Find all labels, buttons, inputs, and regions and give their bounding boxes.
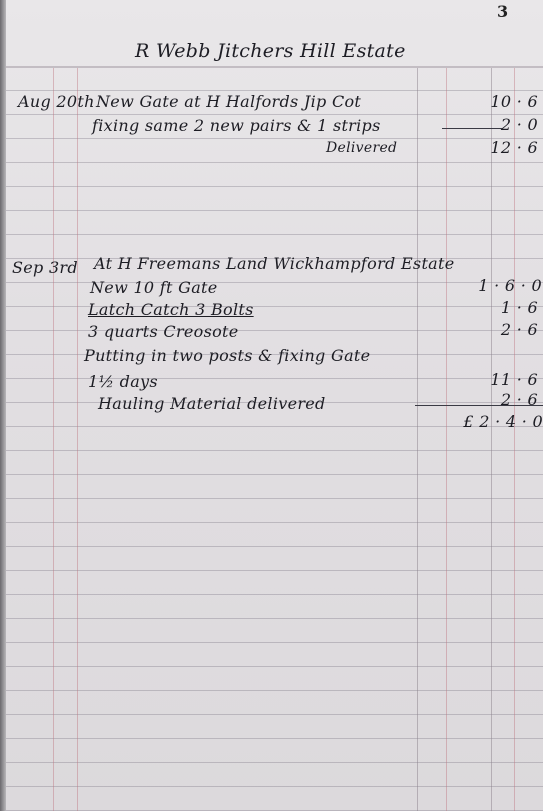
entry-amount: 11 · 6 — [428, 370, 538, 389]
ruled-line — [6, 162, 543, 163]
page-number: 3 — [497, 2, 508, 21]
entry-total: £ 2 · 4 · 0 — [428, 412, 543, 431]
column-rule — [417, 68, 418, 811]
entry-line: At H Freemans Land Wickhampford Estate — [94, 254, 455, 273]
entry-amount: 1 · 6 · 0 — [432, 276, 542, 295]
entry-amount: 12 · 6 — [428, 138, 538, 157]
ruled-line — [6, 474, 543, 475]
ruled-line — [6, 786, 543, 787]
entry-line: New 10 ft Gate — [90, 278, 218, 297]
entry-amount: 10 · 6 — [428, 92, 538, 111]
ruled-line — [6, 522, 543, 523]
sum-rule — [415, 405, 543, 406]
ruled-line — [6, 186, 543, 187]
ruled-line — [6, 498, 543, 499]
ruled-line — [6, 642, 543, 643]
entry-amount: 2 · 6 — [428, 390, 538, 409]
ledger-page: 3 R Webb Jitchers Hill Estate Aug 20th N… — [0, 0, 543, 811]
column-rule — [77, 68, 78, 811]
entry-amount: 1 · 6 — [428, 298, 538, 317]
ruled-line — [6, 90, 543, 91]
ruled-line — [6, 546, 543, 547]
entry-line: Delivered — [326, 140, 397, 156]
entry-line: Putting in two posts & fixing Gate — [84, 346, 370, 365]
entry-line: 1½ days — [88, 372, 158, 391]
entry-date: Sep 3rd — [12, 258, 78, 277]
ruled-line — [6, 618, 543, 619]
sum-rule — [442, 128, 502, 129]
ruled-line — [6, 594, 543, 595]
ruled-line — [6, 762, 543, 763]
header-rule — [6, 66, 543, 68]
ruled-line — [6, 666, 543, 667]
entry-line: Hauling Material delivered — [98, 394, 326, 413]
ruled-line — [6, 714, 543, 715]
entry-amount: 2 · 6 — [428, 320, 538, 339]
entry-line: fixing same 2 new pairs & 1 strips — [92, 116, 381, 135]
ruled-line — [6, 450, 543, 451]
entry-line: 3 quarts Creosote — [88, 322, 239, 341]
ruled-line — [6, 210, 543, 211]
column-rule — [446, 68, 447, 811]
column-rule — [514, 68, 515, 811]
column-rule — [53, 68, 54, 811]
entry-line: Latch Catch 3 Bolts — [88, 300, 254, 319]
ruled-line — [6, 234, 543, 235]
ruled-line — [6, 738, 543, 739]
entry-line: New Gate at H Halfords Jip Cot — [96, 92, 361, 111]
column-rule — [491, 68, 492, 811]
entry-date: Aug 20th — [18, 92, 95, 111]
page-title: R Webb Jitchers Hill Estate — [135, 40, 406, 62]
entry-amount: 2 · 0 — [428, 115, 538, 134]
ruled-line — [6, 690, 543, 691]
ruled-line — [6, 570, 543, 571]
